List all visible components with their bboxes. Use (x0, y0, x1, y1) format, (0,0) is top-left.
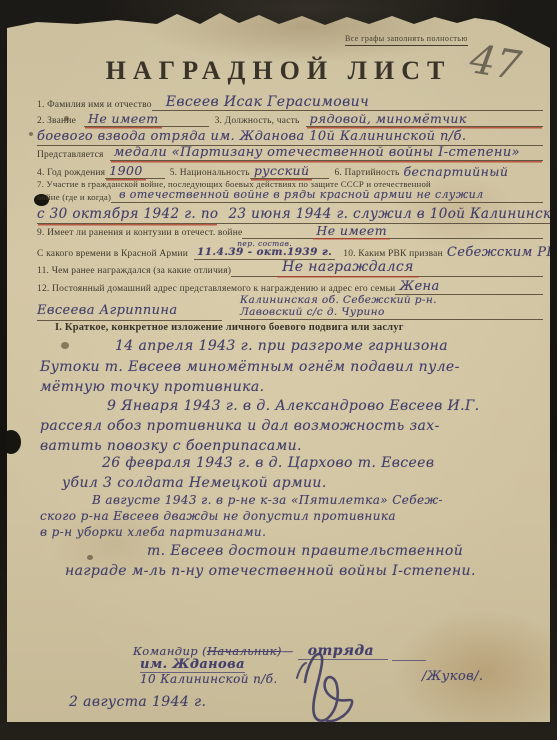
ruled-line (392, 642, 426, 661)
document-paper: Все графы заполнять полностью 47 НАГРАДН… (7, 12, 550, 722)
feat-line: т. Евсеев достоин правительственной (147, 543, 463, 559)
feat-line: мётную точку противника. (40, 379, 264, 395)
commander-label-prefix: Командир ( (133, 644, 207, 658)
feat-section-header: I. Краткое, конкретное изложение личного… (55, 322, 404, 333)
ruled-line (163, 126, 209, 127)
field-label-position: 3. Должность, часть (215, 116, 300, 127)
scanned-award-document: { "meta": { "note": "Все графы заполнять… (0, 0, 557, 740)
document-date: 2 августа 1944 г. (69, 694, 206, 710)
field-label-name: 1. Фамилия имя и отчество (37, 100, 152, 111)
ruled-line: Не награждался (231, 259, 543, 277)
document-title: НАГРАДНОЙ ЛИСТ (7, 56, 550, 86)
feat-line: награде м-ль п-ну отечественной войны I-… (65, 563, 476, 579)
field-value-war-participation-2a: с 30 октября 1942 г. по (37, 206, 218, 224)
field-label-presented: Представляется (37, 150, 104, 161)
paper-speck (29, 132, 33, 136)
field-value-birthyear: 1900 (105, 164, 146, 179)
field-value-position: рядовой, миномётчик (306, 112, 543, 127)
field-value-wounds: Не имеет (312, 224, 391, 238)
feat-line: 14 апреля 1943 г. при разгроме гарнизона (115, 338, 448, 354)
feat-line: Бутоки т. Евсеев миномётным огнём подави… (40, 359, 460, 375)
field-label-war-participation-2: войне (где и когда) (37, 192, 111, 203)
form-instruction-note: Все графы заполнять полностью (345, 34, 468, 46)
field-value-previous-awards: Не награждался (276, 259, 420, 276)
field-value-address-village: Лавовский с/с д. Чурино (240, 306, 543, 320)
commander-label-struck: Начальник) (207, 644, 282, 658)
field-value-rvk: Себежским РВК (443, 246, 557, 260)
field-value-address-wife: Жена (395, 280, 543, 295)
field-label-party: 6. Партийность (334, 168, 399, 179)
signature-stroke (285, 648, 365, 726)
ruled-line: Не имеет (242, 224, 543, 239)
paper-speck (87, 555, 93, 560)
feat-line: рассеял обоз противника и дал возможност… (40, 418, 440, 434)
feat-line: В августе 1943 г. в р-не к-за «Пятилетка… (92, 493, 443, 507)
feat-line: в р-н уборки хлеба партизанами. (40, 525, 266, 539)
field-value-rank: Не имеет (84, 112, 163, 127)
field-value-redarmy-since-group: пер. состав. 11.4.39 - окт.1939 г. (194, 240, 335, 260)
punch-hole (1, 430, 21, 454)
field-value-name: Евсеев Исак Герасимович (152, 94, 543, 111)
feat-line: 26 февраля 1943 г. в д. Цархово т. Евсее… (102, 455, 434, 471)
field-label-birthyear: 4. Год рождения (37, 168, 105, 179)
feat-line: ского р-на Евсеев дважды не допустил про… (40, 509, 396, 523)
paper-speck (61, 342, 69, 349)
field-value-war-participation-2b: 23 июня 1944 г. служил в 10ой Калининско… (218, 206, 557, 224)
unit-brigade: 10 Калининской п/б. (140, 672, 278, 686)
feat-line: убил 3 солдата Немецкой армии. (62, 475, 327, 491)
field-value-position-cont: боевого взвода отряда им. Жданова 10й Ка… (37, 129, 543, 146)
unit-name: им. Жданова (140, 657, 245, 673)
field-value-war-participation-1: в отечественной войне в ряды красной арм… (111, 188, 543, 203)
field-value-nationality: русский (250, 164, 314, 179)
commander-surname: /Жуков/. (422, 669, 483, 684)
field-label-previous-awards: 11. Чем ранее награждался (за какие отли… (37, 266, 231, 277)
feat-line: 9 Января 1943 г. в д. Александрово Евсее… (107, 398, 480, 414)
field-value-party: беспартийный (400, 165, 543, 179)
feat-line: ватить повозку с боеприпасами. (40, 438, 302, 454)
field-label-wounds: 9. Имеет ли ранения и контузии в отечест… (37, 228, 242, 239)
field-value-address-group: Калининская об. Себежский р-н. Лавовский… (240, 295, 543, 320)
field-value-address-wife-name: Евсеева Агриппина (37, 303, 222, 321)
field-label-nationality: 5. Национальность (170, 168, 250, 179)
field-value-address-region: Калининская об. Себежский р-н. (240, 295, 543, 306)
field-label-rank: 2. Звание (37, 116, 76, 127)
field-value-presented: медали «Партизану отечественной войны I-… (110, 146, 543, 161)
